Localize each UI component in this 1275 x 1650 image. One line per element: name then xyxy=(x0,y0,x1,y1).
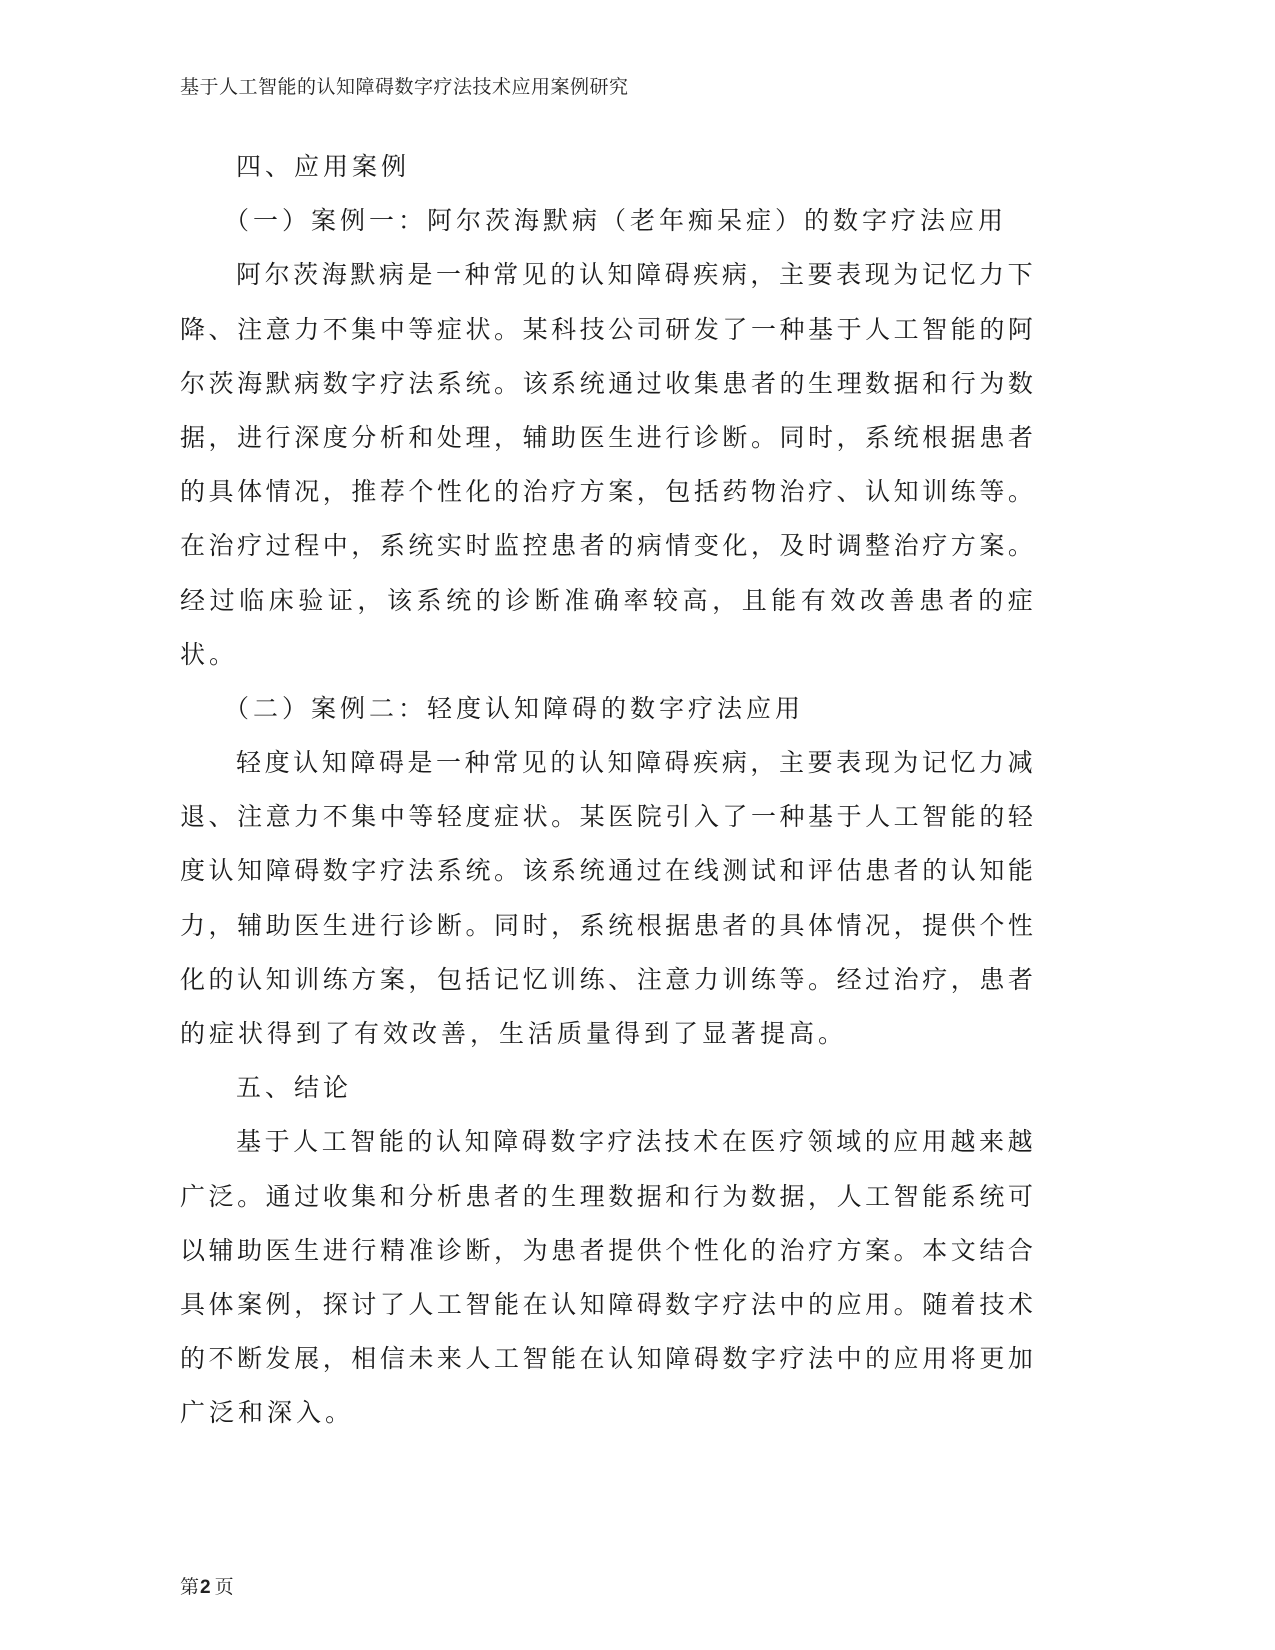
paragraph-line: 经过临床验证，该系统的诊断准确率较高，且能有效改善患者的症 xyxy=(180,574,1033,628)
paragraph-line: 的具体情况，推荐个性化的治疗方案，包括药物治疗、认知训练等。 xyxy=(180,465,1033,519)
page-number-footer: 第2页 xyxy=(180,1572,234,1599)
paragraph-line: 退、注意力不集中等轻度症状。某医院引入了一种基于人工智能的轻 xyxy=(180,790,1033,844)
case-1-paragraph: 阿尔茨海默病是一种常见的认知障碍疾病，主要表现为记忆力下 降、注意力不集中等症状… xyxy=(180,248,1033,682)
case-2-paragraph: 轻度认知障碍是一种常见的认知障碍疾病，主要表现为记忆力减 退、注意力不集中等轻度… xyxy=(180,736,1033,1061)
paragraph-line: 广泛和深入。 xyxy=(180,1386,1033,1440)
page-suffix: 页 xyxy=(215,1576,234,1598)
paragraph-line: 度认知障碍数字疗法系统。该系统通过在线测试和评估患者的认知能 xyxy=(180,844,1033,898)
subsection-heading-case-2: （二）案例二：轻度认知障碍的数字疗法应用 xyxy=(180,682,1033,736)
paragraph-line: 状。 xyxy=(180,628,1033,682)
conclusion-paragraph: 基于人工智能的认知障碍数字疗法技术在医疗领域的应用越来越 广泛。通过收集和分析患… xyxy=(180,1115,1033,1440)
paragraph-line: 具体案例，探讨了人工智能在认知障碍数字疗法中的应用。随着技术 xyxy=(180,1278,1033,1332)
paragraph-line: 的不断发展，相信未来人工智能在认知障碍数字疗法中的应用将更加 xyxy=(180,1332,1033,1386)
paragraph-line: 以辅助医生进行精准诊断，为患者提供个性化的治疗方案。本文结合 xyxy=(180,1224,1033,1278)
paragraph-line: 的症状得到了有效改善，生活质量得到了显著提高。 xyxy=(180,1007,1033,1061)
page-number: 2 xyxy=(200,1577,211,1598)
paragraph-line: 力，辅助医生进行诊断。同时，系统根据患者的具体情况，提供个性 xyxy=(180,899,1033,953)
paragraph-line: 据，进行深度分析和处理，辅助医生进行诊断。同时，系统根据患者 xyxy=(180,411,1033,465)
paragraph-line: 在治疗过程中，系统实时监控患者的病情变化，及时调整治疗方案。 xyxy=(180,519,1033,573)
paragraph-line: 化的认知训练方案，包括记忆训练、注意力训练等。经过治疗，患者 xyxy=(180,953,1033,1007)
document-body: 四、应用案例 （一）案例一：阿尔茨海默病（老年痴呆症）的数字疗法应用 阿尔茨海默… xyxy=(180,140,1033,1441)
page-prefix: 第 xyxy=(180,1576,199,1598)
paragraph-line: 轻度认知障碍是一种常见的认知障碍疾病，主要表现为记忆力减 xyxy=(180,736,1033,790)
paragraph-line: 阿尔茨海默病是一种常见的认知障碍疾病，主要表现为记忆力下 xyxy=(180,248,1033,302)
section-heading-conclusion: 五、结论 xyxy=(180,1061,1033,1115)
paragraph-line: 降、注意力不集中等症状。某科技公司研发了一种基于人工智能的阿 xyxy=(180,303,1033,357)
paragraph-line: 广泛。通过收集和分析患者的生理数据和行为数据，人工智能系统可 xyxy=(180,1170,1033,1224)
paragraph-line: 尔茨海默病数字疗法系统。该系统通过收集患者的生理数据和行为数 xyxy=(180,357,1033,411)
section-heading-application-cases: 四、应用案例 xyxy=(180,140,1033,194)
subsection-heading-case-1: （一）案例一：阿尔茨海默病（老年痴呆症）的数字疗法应用 xyxy=(180,194,1033,248)
running-header: 基于人工智能的认知障碍数字疗法技术应用案例研究 xyxy=(180,72,629,99)
paragraph-line: 基于人工智能的认知障碍数字疗法技术在医疗领域的应用越来越 xyxy=(180,1115,1033,1169)
